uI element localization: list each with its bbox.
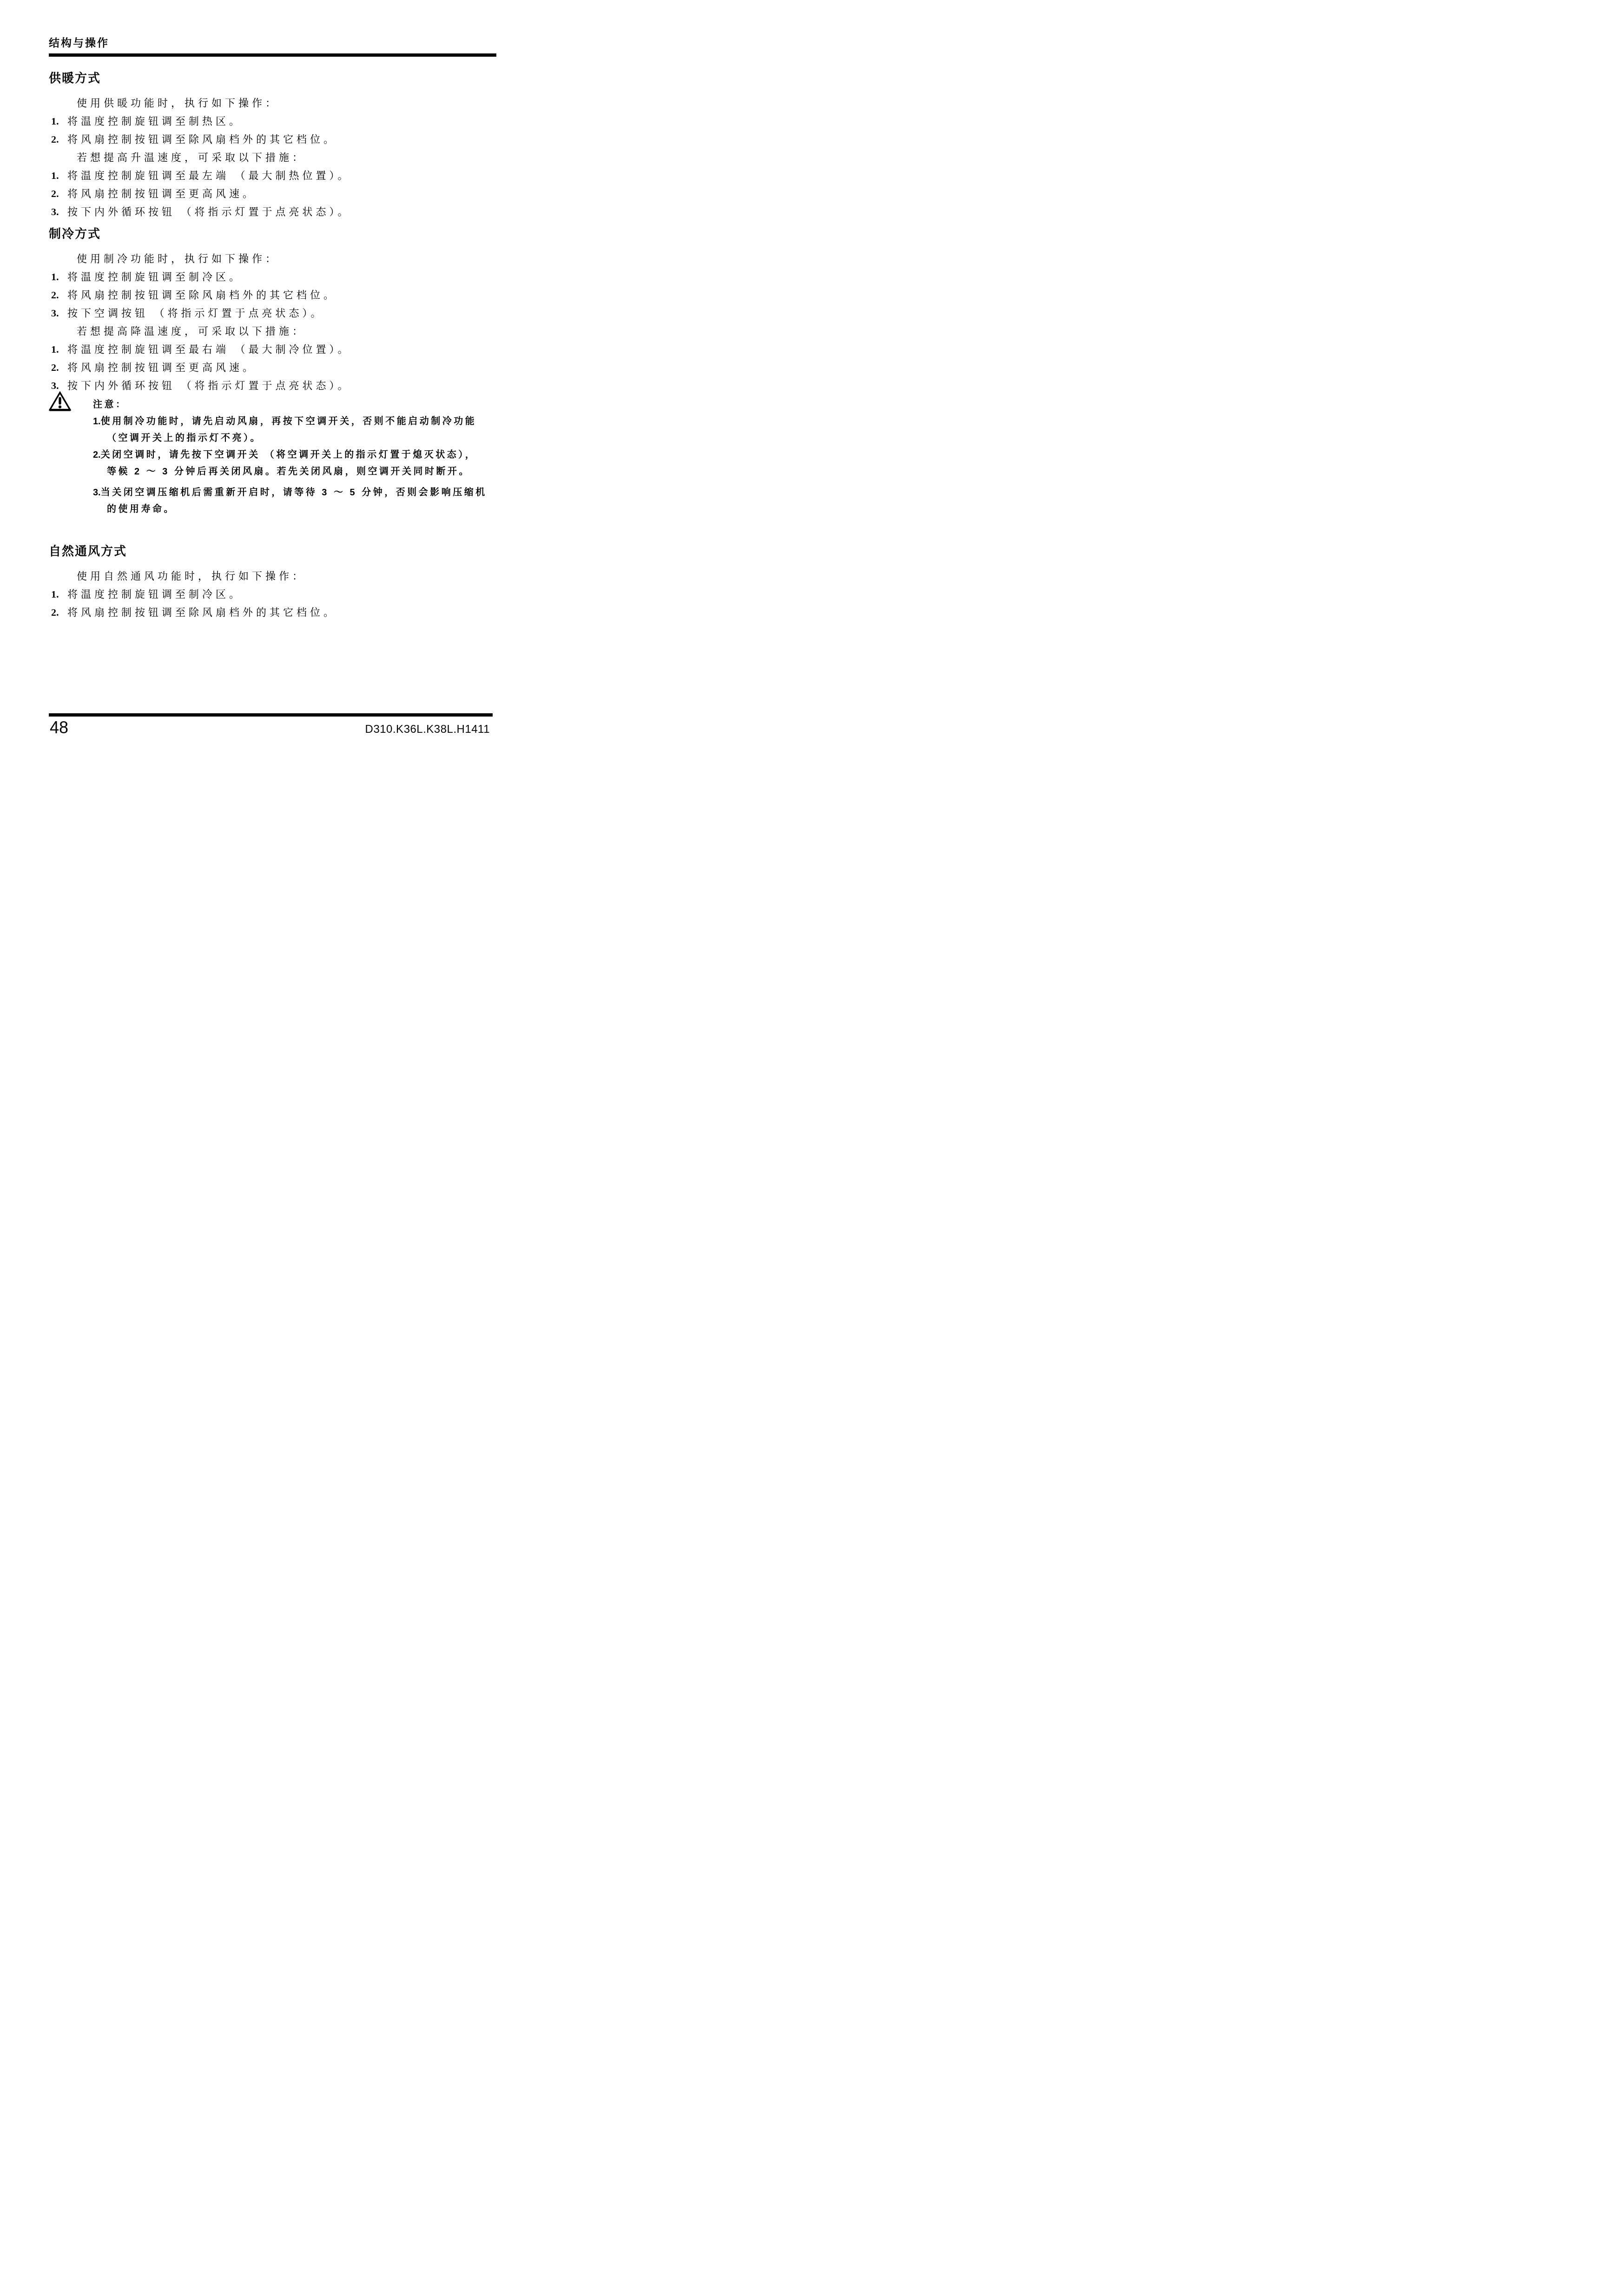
step-row: 2. 将风扇控制按钮调至除风扇档外的其它档位。 <box>49 605 497 619</box>
step-text: 将风扇控制按钮调至除风扇档外的其它档位。 <box>67 133 337 145</box>
page-number: 48 <box>50 718 68 737</box>
notice-item: 3.当关闭空调压缩机后需重新开启时，请等待 3 ～ 5 分钟，否则会影响压缩机 … <box>93 486 497 516</box>
notice-item: 1.使用制冷功能时，请先启动风扇，再按下空调开关，否则不能启动制冷功能 （空调开… <box>93 415 497 445</box>
section-title-ventilation: 自然通风方式 <box>49 543 497 559</box>
notice-item-line: （空调开关上的指示灯不亮）。 <box>107 432 497 445</box>
step-row: 3. 按下内外循环按钮 （将指示灯置于点亮状态）。 <box>49 205 497 218</box>
step-number: 3. <box>51 205 59 218</box>
step-number: 2. <box>51 361 59 374</box>
step-row: 1. 将温度控制旋钮调至最左端 （最大制热位置）。 <box>49 169 497 182</box>
step-number: 1. <box>51 169 59 182</box>
notice-label: 注意： <box>93 398 497 412</box>
notice-item-line: 的使用寿命。 <box>107 503 497 516</box>
step-row: 2. 将风扇控制按钮调至更高风速。 <box>49 361 497 374</box>
header-rule <box>49 53 496 57</box>
step-number: 1. <box>51 587 59 601</box>
intro-ventilation: 使用自然通风功能时，执行如下操作： <box>49 569 497 583</box>
step-text: 按下空调按钮 （将指示灯置于点亮状态）。 <box>67 307 324 319</box>
notice-item-text: 关闭空调时，请先按下空调开关 （将空调开关上的指示灯置于熄灭状态）， <box>101 450 477 460</box>
running-header: 结构与操作 <box>49 36 497 50</box>
step-text: 将风扇控制按钮调至除风扇档外的其它档位。 <box>67 606 337 618</box>
step-number: 3. <box>51 379 59 392</box>
step-text: 将风扇控制按钮调至除风扇档外的其它档位。 <box>67 289 337 301</box>
step-number: 1. <box>51 270 59 283</box>
step-row: 1. 将温度控制旋钮调至制冷区。 <box>49 270 497 283</box>
tip-intro-heating: 若想提高升温速度，可采取以下措施： <box>49 151 497 164</box>
notice-item-text: 使用制冷功能时，请先启动风扇，再按下空调开关，否则不能启动制冷功能 <box>101 416 477 427</box>
notice-item-line: 3.当关闭空调压缩机后需重新开启时，请等待 3 ～ 5 分钟，否则会影响压缩机 <box>93 486 497 500</box>
step-text: 将风扇控制按钮调至更高风速。 <box>67 362 256 373</box>
step-text: 按下内外循环按钮 （将指示灯置于点亮状态）。 <box>67 206 351 217</box>
notice-item-text: 当关闭空调压缩机后需重新开启时，请等待 3 ～ 5 分钟，否则会影响压缩机 <box>101 487 487 498</box>
notice-item-line: 1.使用制冷功能时，请先启动风扇，再按下空调开关，否则不能启动制冷功能 <box>93 415 497 428</box>
notice-block: 注意： 1.使用制冷功能时，请先启动风扇，再按下空调开关，否则不能启动制冷功能 … <box>49 398 497 516</box>
step-row: 1. 将温度控制旋钮调至最右端 （最大制冷位置）。 <box>49 342 497 356</box>
step-text: 将温度控制旋钮调至最左端 （最大制热位置）。 <box>67 170 351 181</box>
step-number: 3. <box>51 306 59 320</box>
section-title-heating: 供暖方式 <box>49 70 497 86</box>
notice-item-line: 2.关闭空调时，请先按下空调开关 （将空调开关上的指示灯置于熄灭状态）， <box>93 448 497 462</box>
manual-page: 结构与操作 供暖方式 使用供暖功能时，执行如下操作： 1. 将温度控制旋钮调至制… <box>0 0 538 765</box>
step-number: 2. <box>51 132 59 146</box>
notice-item-marker: 1. <box>93 416 101 427</box>
step-text: 将温度控制旋钮调至制冷区。 <box>67 588 243 600</box>
intro-heating: 使用供暖功能时，执行如下操作： <box>49 96 497 110</box>
step-row: 1. 将温度控制旋钮调至制冷区。 <box>49 587 497 601</box>
step-text: 将温度控制旋钮调至制热区。 <box>67 115 243 127</box>
section-title-cooling: 制冷方式 <box>49 226 497 242</box>
step-text: 按下内外循环按钮 （将指示灯置于点亮状态）。 <box>67 380 351 391</box>
step-row: 2. 将风扇控制按钮调至除风扇档外的其它档位。 <box>49 288 497 302</box>
step-number: 1. <box>51 342 59 356</box>
step-text: 将温度控制旋钮调至制冷区。 <box>67 271 243 283</box>
step-number: 1. <box>51 114 59 128</box>
step-text: 将风扇控制按钮调至更高风速。 <box>67 188 256 199</box>
page-content: 结构与操作 供暖方式 使用供暖功能时，执行如下操作： 1. 将温度控制旋钮调至制… <box>0 36 538 619</box>
step-row: 2. 将风扇控制按钮调至除风扇档外的其它档位。 <box>49 132 497 146</box>
step-number: 2. <box>51 605 59 619</box>
notice-item-line: 等候 2 ～ 3 分钟后再关闭风扇。若先关闭风扇，则空调开关同时断开。 <box>107 465 497 479</box>
step-row: 2. 将风扇控制按钮调至更高风速。 <box>49 187 497 200</box>
notice-item: 2.关闭空调时，请先按下空调开关 （将空调开关上的指示灯置于熄灭状态）， 等候 … <box>93 448 497 479</box>
intro-cooling: 使用制冷功能时，执行如下操作： <box>49 252 497 265</box>
footer-rule <box>49 713 493 717</box>
step-row: 3. 按下内外循环按钮 （将指示灯置于点亮状态）。 <box>49 379 497 392</box>
notice-item-marker: 3. <box>93 487 101 498</box>
step-row: 3. 按下空调按钮 （将指示灯置于点亮状态）。 <box>49 306 497 320</box>
step-row: 1. 将温度控制旋钮调至制热区。 <box>49 114 497 128</box>
step-text: 将温度控制旋钮调至最右端 （最大制冷位置）。 <box>67 343 351 355</box>
warning-triangle-icon <box>49 391 71 412</box>
step-number: 2. <box>51 288 59 302</box>
step-number: 2. <box>51 187 59 200</box>
doc-code: D310.K36L.K38L.H1411 <box>365 723 490 736</box>
notice-item-marker: 2. <box>93 450 101 460</box>
tip-intro-cooling: 若想提高降温速度，可采取以下措施： <box>49 324 497 338</box>
